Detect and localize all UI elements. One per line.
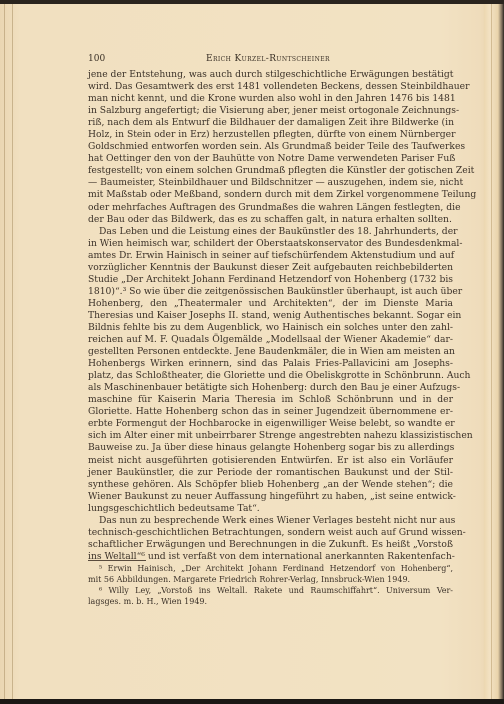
footnote-line: lagsges. m. b. H., Wien 1949. xyxy=(88,596,453,607)
body-line: wird. Das Gesamtwerk des erst 1481 volle… xyxy=(88,81,453,93)
body-line: in Salzburg angefertigt; die Visierung a… xyxy=(88,105,453,117)
body-line: reichen auf M. F. Quadals Ölgemälde „Mod… xyxy=(88,334,453,346)
body-line-paragraph-start: Das Leben und die Leistung eines der Bau… xyxy=(88,226,453,238)
body-line: Bildnis fehlte bis zu dem Augenblick, wo… xyxy=(88,322,453,334)
body-line-paragraph-start: Das nun zu besprechende Werk eines Wiene… xyxy=(88,515,453,527)
body-line: riß, nach dem als Entwurf die Bildhauer … xyxy=(88,117,453,129)
body-line: Theresias und Kaiser Josephs II. stand, … xyxy=(88,310,453,322)
body-line: synthese gehören. Als Schöpfer blieb Hoh… xyxy=(88,479,453,491)
running-head-title: Erich Kurzel-Runtscheiner xyxy=(206,54,330,64)
footnotes: ⁵ Erwin Hainisch, „Der Architekt Johann … xyxy=(88,563,453,607)
body-line: vorzüglicher Kenntnis der Baukunst diese… xyxy=(88,262,453,274)
body-line: lungsgeschichtlich bedeutsame Tat“. xyxy=(88,503,453,515)
body-line: maschine für Kaiserin Maria Theresia im … xyxy=(88,394,453,406)
running-head: 100 Erich Kurzel-Runtscheiner xyxy=(88,54,448,68)
body-line: Goldschmied entworfen worden sein. Als G… xyxy=(88,141,453,153)
body-line: Hohenbergs Wirken erinnern, sind das Pal… xyxy=(88,358,453,370)
page-edge-right xyxy=(484,4,504,699)
body-line: gestellten Personen entdeckte. Jene Baud… xyxy=(88,346,453,358)
body-line: amtes Dr. Erwin Hainisch in seiner auf t… xyxy=(88,250,453,262)
footnote-5: ⁵ Erwin Hainisch, „Der Architekt Johann … xyxy=(88,563,453,585)
body-line: 1810)“.³ So wie über die zeitgenössische… xyxy=(88,286,453,298)
body-line: Gloriette. Hatte Hohenberg schon das in … xyxy=(88,406,453,418)
page-edge-line-left-inner xyxy=(12,4,13,699)
body-line: oder mehrfaches Auftragen des Grundmaßes… xyxy=(88,202,453,214)
body-line: erbte Formengut der Hochbarocke in eigen… xyxy=(88,418,453,430)
body-text: jene der Entstehung, was auch durch stil… xyxy=(88,69,453,563)
footnote-6: ⁶ Willy Ley, „Vorstoß ins Weltall. Raket… xyxy=(88,585,453,607)
body-line: Studie „Der Architekt Johann Ferdinand H… xyxy=(88,274,453,286)
body-line: festgestellt; von einem solchen Grundmaß… xyxy=(88,165,453,177)
page-number: 100 xyxy=(88,54,105,64)
body-line: jener Baukünstler, die zur Periode der r… xyxy=(88,467,453,479)
body-line: sich im Alter einer mit unbeirrbarer Str… xyxy=(88,430,453,442)
body-line: jene der Entstehung, was auch durch stil… xyxy=(88,69,453,81)
body-line: platz, das Schloßtheater, die Gloriette … xyxy=(88,370,453,382)
page-edge-line-right xyxy=(491,4,492,699)
scan-bottom-border xyxy=(0,699,504,704)
body-line: Bauweise zu. Ja über diese hinaus gelang… xyxy=(88,442,453,454)
footnote-divider xyxy=(88,560,146,561)
footnote-line: ⁵ Erwin Hainisch, „Der Architekt Johann … xyxy=(88,563,453,574)
body-line: meist nicht ausgeführten gotisierenden E… xyxy=(88,455,453,467)
body-line: hat Oettinger den von der Bauhütte von N… xyxy=(88,153,453,165)
body-line: ins Weltall“⁶ und ist verfaßt von dem in… xyxy=(88,551,453,563)
footnote-line: mit 56 Abbildungen. Margarete Friedrich … xyxy=(88,574,453,585)
footnote-line: ⁶ Willy Ley, „Vorstoß ins Weltall. Raket… xyxy=(88,585,453,596)
body-line: man nicht kennt, und die Krone wurden al… xyxy=(88,93,453,105)
body-line: Wiener Baukunst zu neuer Auffassung hing… xyxy=(88,491,453,503)
page-edge-line-left-outer xyxy=(4,4,5,699)
body-line: schaftlicher Erwägungen und Berechnungen… xyxy=(88,539,453,551)
body-line: technisch-geschichtlichen Betrachtungen,… xyxy=(88,527,453,539)
body-line: der Bau oder das Bildwerk, das es zu sch… xyxy=(88,214,453,226)
body-line: mit Maßstab oder Meßband, sondern durch … xyxy=(88,189,453,201)
body-line: — Baumeister, Steinbildhauer und Bildsch… xyxy=(88,177,453,189)
body-line: in Wien heimisch war, schildert der Ober… xyxy=(88,238,453,250)
body-line: als Maschinenbauer betätigte sich Hohenb… xyxy=(88,382,453,394)
body-line: Hohenberg, den „Theatermaler und Archite… xyxy=(88,298,453,310)
body-line: Holz, in Stein oder in Erz) herzustellen… xyxy=(88,129,453,141)
